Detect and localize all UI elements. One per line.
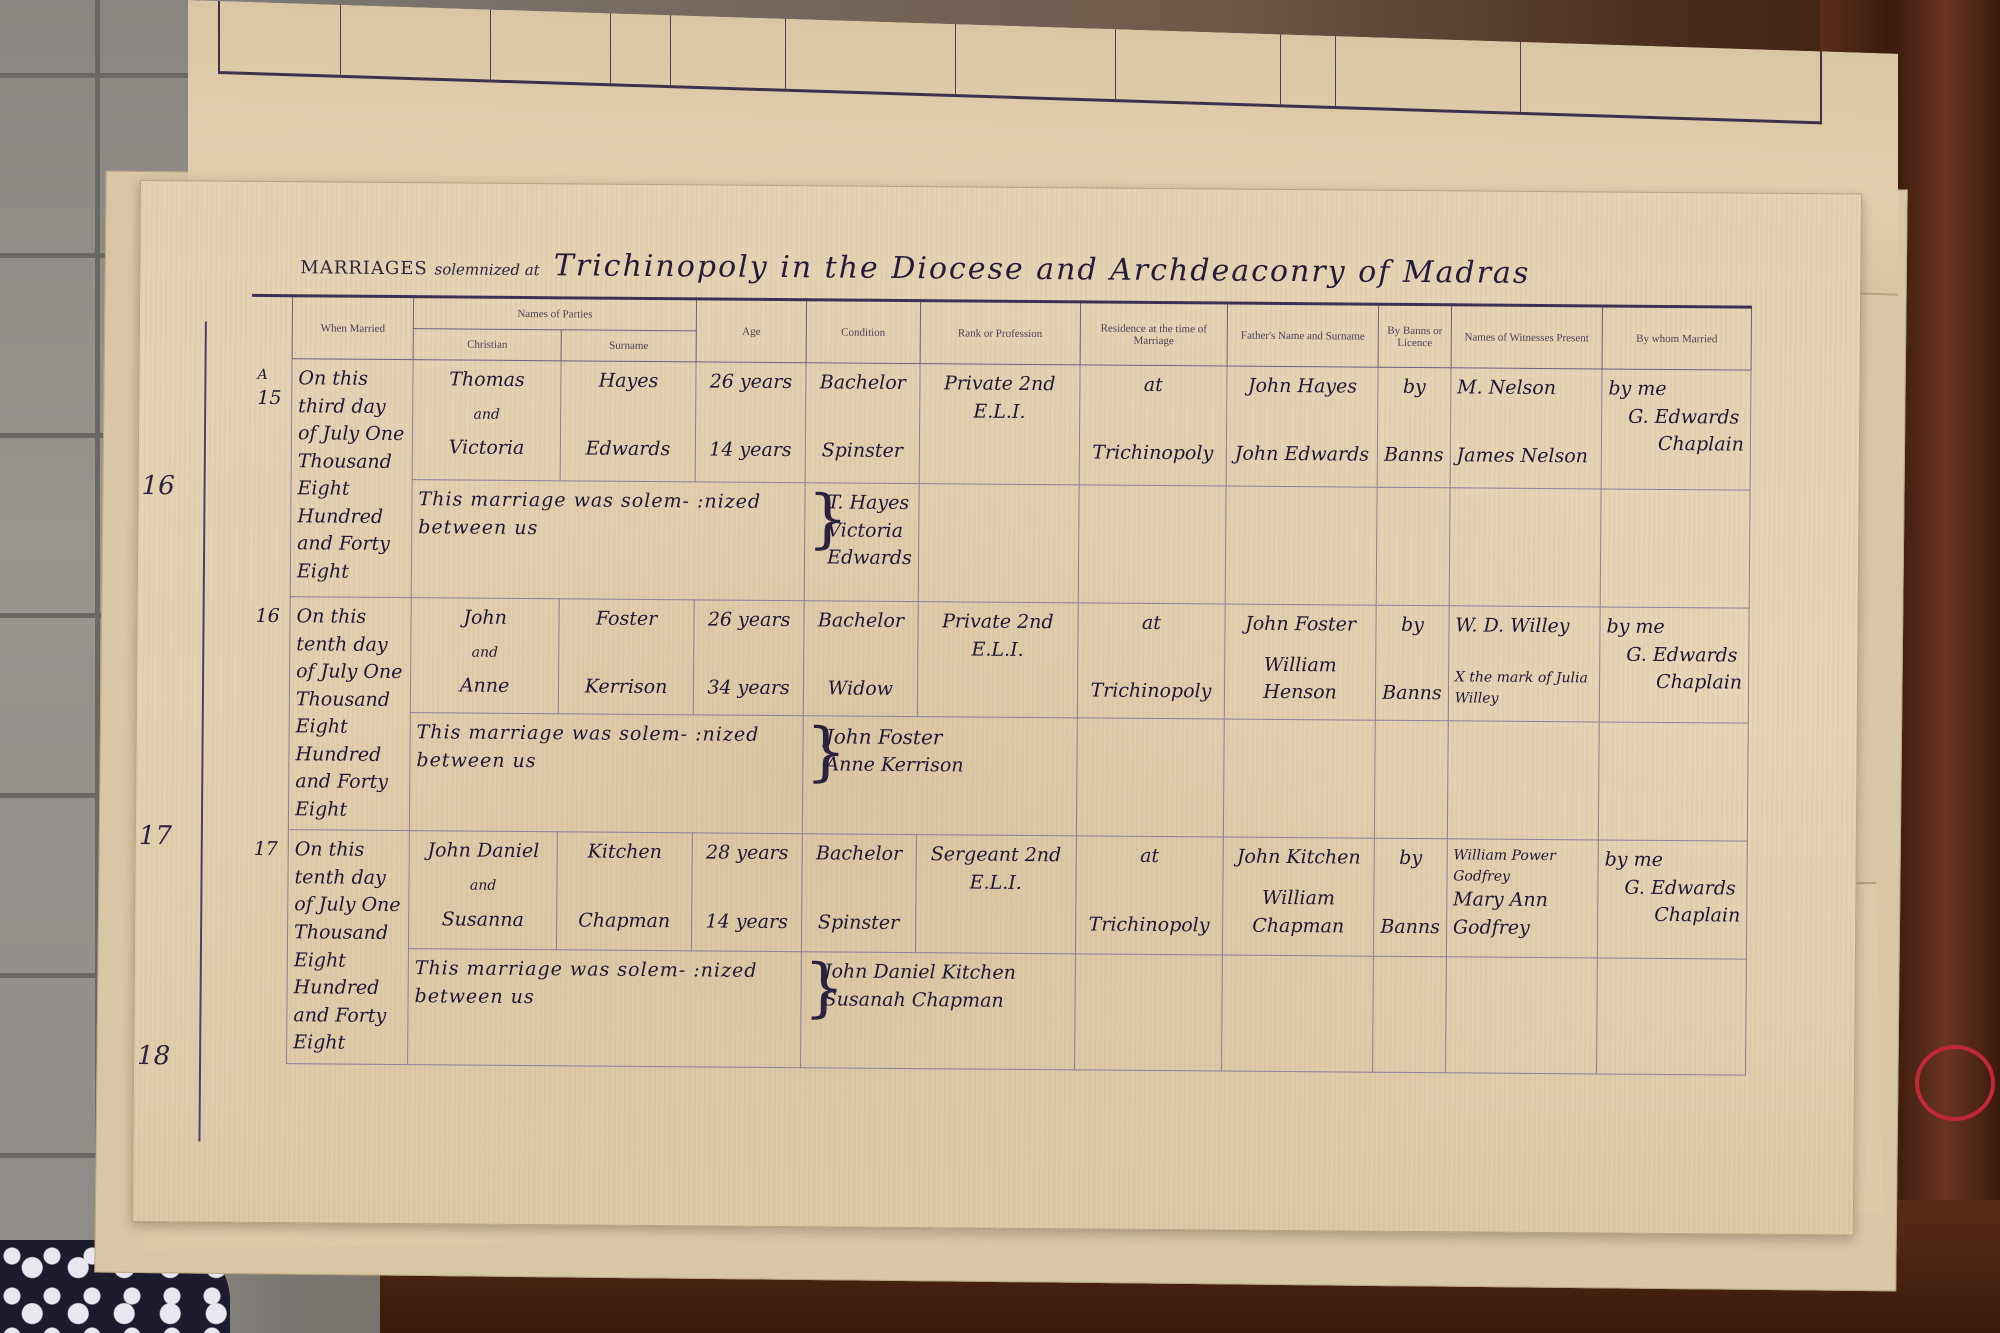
when-married: On this tenth day of July One Thousand E…	[287, 830, 410, 1064]
previous-page-margin: 16 17 18	[128, 321, 206, 1142]
ages: 28 years 14 years	[691, 833, 802, 952]
col-names-of-parties: Names of Parties	[413, 297, 696, 331]
solemnized-statement: This marriage was solem- :nized between …	[409, 713, 803, 834]
banns-or-licence: by Banns	[1374, 839, 1447, 957]
col-when-married: When Married	[292, 296, 413, 360]
margin-number: 16	[141, 471, 174, 501]
col-condition: Condition	[806, 300, 920, 364]
entry-number: 16	[248, 596, 290, 830]
entry-number: A 15	[250, 358, 292, 596]
solemnization-row: This marriage was solem- :nized between …	[250, 478, 1750, 608]
col-surname: Surname	[561, 330, 696, 362]
col-rank: Rank or Profession	[920, 301, 1081, 365]
residence: at Trichinopoly	[1077, 603, 1225, 719]
ages: 26 years 34 years	[693, 600, 804, 716]
entry-row: 17 On this tenth day of July One Thousan…	[247, 830, 1747, 960]
parties-signatures: T. Hayes Victoria Edwards	[804, 483, 919, 602]
margin-number: 18	[137, 1041, 170, 1071]
parties-signatures: John Daniel Kitchen Susanah Chapman	[801, 952, 1076, 1070]
rank-profession: Private 2nd E.L.I.	[917, 602, 1078, 718]
col-christian: Christian	[413, 329, 561, 361]
fathers-names: John Hayes John Edwards	[1226, 366, 1378, 487]
by-whom-married: by me G. Edwards Chaplain	[1601, 369, 1751, 490]
marriage-register-table: When Married Names of Parties Age Condit…	[246, 294, 1752, 1076]
witnesses: William Power Godfrey Mary Ann Godfrey	[1446, 839, 1598, 958]
rank-profession: Sergeant 2nd E.L.I.	[915, 835, 1076, 954]
rank-profession: Private 2nd E.L.I.	[919, 364, 1080, 485]
solemnization-row: This marriage was solem- :nized between …	[248, 712, 1748, 842]
conditions: Bachelor Widow	[803, 601, 918, 717]
residence: at Trichinopoly	[1075, 836, 1223, 955]
col-age: Age	[696, 299, 807, 363]
banns-or-licence: by Banns	[1377, 367, 1450, 488]
by-whom-married: by me G. Edwards Chaplain	[1599, 607, 1749, 723]
by-whom-married: by me G. Edwards Chaplain	[1597, 840, 1747, 959]
fathers-names: John Foster William Henson	[1224, 604, 1376, 720]
christian-names: John and Anne	[410, 598, 559, 714]
banns-or-licence: by Banns	[1375, 605, 1448, 721]
solemnized-statement: This marriage was solem- :nized between …	[408, 949, 802, 1068]
handwritten-place-heading: Trichinopoly in the Diocese and Archdeac…	[554, 248, 1531, 291]
surnames: Hayes Edwards	[560, 361, 696, 482]
conditions: Bachelor Spinster	[805, 363, 920, 484]
surnames: Kitchen Chapman	[557, 832, 693, 951]
entry-row: 16 On this tenth day of July One Thousan…	[249, 596, 1749, 723]
col-father: Father's Name and Surname	[1227, 303, 1379, 367]
surnames: Foster Kerrison	[558, 599, 694, 715]
entry-row: A 15 On this third day of July One Thous…	[251, 358, 1751, 490]
register-page: 16 17 18 MARRIAGES solemnized at Trichin…	[132, 180, 1862, 1235]
conditions: Bachelor Spinster	[802, 834, 917, 953]
ages: 26 years 14 years	[695, 362, 806, 483]
fathers-names: John Kitchen William Chapman	[1222, 837, 1374, 956]
witnesses: W. D. Willey X the mark of Julia Willey	[1448, 606, 1600, 722]
col-by-whom: By whom Married	[1602, 306, 1752, 370]
christian-names: Thomas and Victoria	[412, 360, 561, 481]
when-married: On this third day of July One Thousand E…	[290, 359, 413, 598]
solemnized-statement: This marriage was solem- :nized between …	[411, 480, 805, 601]
solemnization-row: This marriage was solem- :nized between …	[246, 947, 1746, 1074]
margin-number: 17	[139, 821, 172, 851]
col-banns: By Banns or Licence	[1378, 304, 1451, 368]
facing-page-grid	[218, 1, 1822, 124]
when-married: On this tenth day of July One Thousand E…	[288, 597, 411, 831]
col-number	[252, 295, 293, 358]
col-residence: Residence at the time of Marriage	[1080, 302, 1228, 366]
printed-heading: MARRIAGES solemnized at	[300, 257, 540, 280]
christian-names: John Daniel and Susanna	[408, 831, 557, 950]
rubber-band	[1915, 1045, 1995, 1121]
parties-signatures: John Foster Anne Kerrison	[802, 716, 1077, 836]
witnesses: M. Nelson James Nelson	[1450, 368, 1602, 489]
residence: at Trichinopoly	[1079, 365, 1227, 486]
col-witnesses: Names of Witnesses Present	[1451, 305, 1603, 369]
entry-number: 17	[246, 830, 288, 1064]
